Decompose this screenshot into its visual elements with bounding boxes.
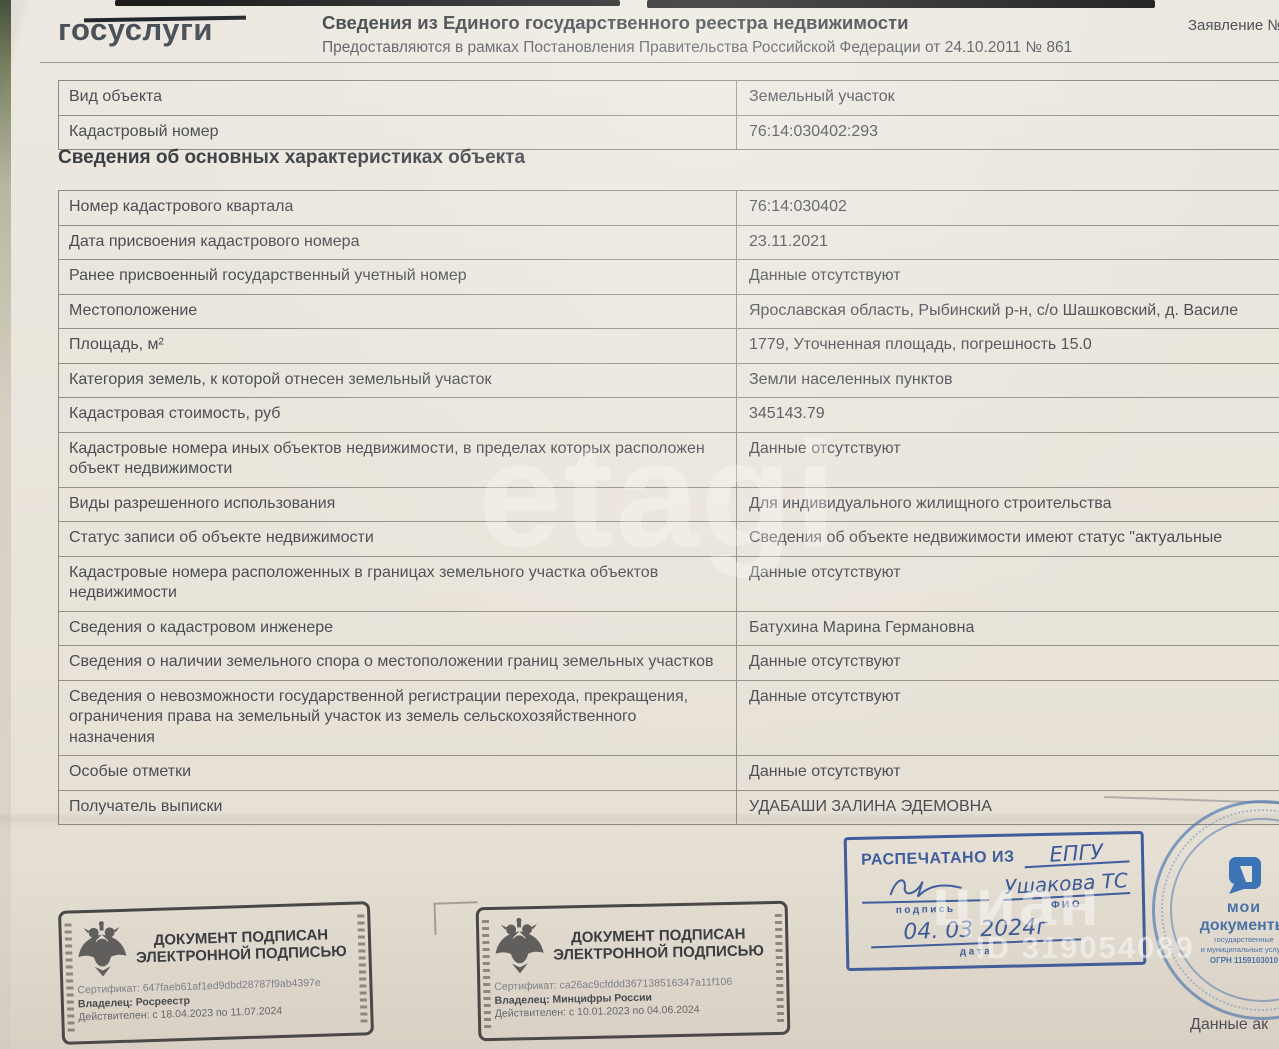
date-handwritten: 04. 03 2024г <box>870 914 1081 948</box>
seal-small1: государственные <box>1200 936 1279 944</box>
row-label: Виды разрешенного использования <box>59 488 736 522</box>
table-row: Кадастровые номера расположенных в грани… <box>59 557 1279 612</box>
table-row: Номер кадастрового квартала 76:14:030402 <box>59 191 1279 226</box>
coat-of-arms-icon <box>73 920 131 982</box>
table-row: Категория земель, к которой отнесен земе… <box>59 364 1279 399</box>
row-value: Для индивидуального жилищного строительс… <box>736 488 1279 522</box>
row-value: Данные отсутствуют <box>736 646 1279 680</box>
row-value: Данные отсутствуют <box>736 557 1279 611</box>
row-value: Земельный участок <box>736 81 1279 115</box>
table-row: Местоположение Ярославская область, Рыби… <box>59 295 1279 330</box>
table-row: Получатель выписки УДАБАШИ ЗАЛИНА ЭДЕМОВ… <box>59 791 1279 825</box>
row-label: Кадастровая стоимость, руб <box>59 398 736 432</box>
row-label: Статус записи об объекте недвижимости <box>59 522 736 556</box>
row-value: Батухина Марина Германовна <box>736 612 1279 646</box>
row-value: 76:14:030402 <box>736 191 1279 225</box>
table-row: Площадь, м² 1779, Уточненная площадь, по… <box>59 329 1279 364</box>
application-number-label: Заявление № <box>1188 17 1279 34</box>
row-value: Сведения об объекте недвижимости имеют с… <box>736 522 1279 556</box>
row-value: Данные отсутствуют <box>736 756 1279 790</box>
seal-line2: документы <box>1200 917 1279 935</box>
electronic-signature-stamp: ДОКУМЕНТ ПОДПИСАН ЭЛЕКТРОННОЙ ПОДПИСЬЮ С… <box>58 901 374 1045</box>
row-label: Получатель выписки <box>59 791 736 825</box>
seal-small2: и муниципальные услуги <box>1200 946 1279 954</box>
table-row: Виды разрешенного использования Для инди… <box>59 488 1279 523</box>
stamp-corner-artifact <box>433 901 478 935</box>
seal-line1: мои <box>1200 899 1279 917</box>
row-label: Кадастровые номера расположенных в грани… <box>59 557 736 611</box>
row-value: 23.11.2021 <box>736 226 1279 260</box>
signature-stamp-title: ДОКУМЕНТ ПОДПИСАН ЭЛЕКТРОННОЙ ПОДПИСЬЮ <box>130 925 353 967</box>
top-edge-bar <box>115 0 620 6</box>
row-label: Сведения о наличии земельного спора о ме… <box>59 646 736 680</box>
row-label: Кадастровые номера иных объектов недвижи… <box>59 433 736 487</box>
object-table: Вид объекта Земельный участок Кадастровы… <box>58 80 1279 150</box>
table-row: Сведения о кадастровом инженере Батухина… <box>59 612 1279 647</box>
table-row: Сведения о наличии земельного спора о ме… <box>59 646 1279 681</box>
electronic-signature-stamp: ДОКУМЕНТ ПОДПИСАН ЭЛЕКТРОННОЙ ПОДПИСЬЮ С… <box>476 901 791 1042</box>
signature-stamp-title: ДОКУМЕНТ ПОДПИСАН ЭЛЕКТРОННОЙ ПОДПИСЬЮ <box>547 925 770 965</box>
row-label: Особые отметки <box>59 756 736 790</box>
signature-handwriting-icon <box>886 874 965 902</box>
row-value: Данные отсутствуют <box>736 260 1279 294</box>
row-label: Сведения о невозможности государственной… <box>59 681 736 756</box>
photo-background-strip <box>0 0 11 1049</box>
row-label: Площадь, м² <box>59 329 736 363</box>
row-label: Местоположение <box>59 295 736 329</box>
document-subtitle: Предоставляются в рамках Постановления П… <box>322 39 1072 57</box>
name-label: ФИО <box>1003 898 1130 912</box>
stamp-source-handwritten: ЕПГУ <box>1024 840 1130 868</box>
my-documents-seal: мои документы государственные и муниципа… <box>1152 800 1279 1020</box>
name-handwritten: Ушакова ТС <box>1002 868 1130 901</box>
header-divider <box>40 62 1279 63</box>
row-label: Дата присвоения кадастрового номера <box>59 226 736 260</box>
row-value: Ярославская область, Рыбинский р-н, с/о … <box>736 295 1279 329</box>
row-label: Номер кадастрового квартала <box>59 191 736 225</box>
section-title: Сведения об основных характеристиках объ… <box>58 147 525 169</box>
row-label: Кадастровый номер <box>59 116 736 150</box>
table-row: Дата присвоения кадастрового номера 23.1… <box>59 226 1279 261</box>
row-label: Вид объекта <box>59 81 736 115</box>
stamp-title: РАСПЕЧАТАНО ИЗ <box>861 849 1015 870</box>
row-value: 1779, Уточненная площадь, погрешность 15… <box>736 329 1279 363</box>
row-label: Сведения о кадастровом инженере <box>59 612 736 646</box>
row-value: Данные отсутствуют <box>736 433 1279 487</box>
top-edge-bar <box>647 0 1155 8</box>
table-row: Кадастровая стоимость, руб 345143.79 <box>59 398 1279 433</box>
printed-from-stamp: РАСПЕЧАТАНО ИЗ ЕПГУ подпись Ушакова ТС Ф… <box>844 831 1147 971</box>
my-documents-logo-icon <box>1224 854 1264 894</box>
signature-label: подпись <box>862 903 989 917</box>
row-value: Земли населенных пунктов <box>736 364 1279 398</box>
table-row: Кадастровый номер 76:14:030402:293 <box>59 116 1279 150</box>
row-value: 76:14:030402:293 <box>736 116 1279 150</box>
table-row: Вид объекта Земельный участок <box>59 81 1279 116</box>
seal-ogrn: ОГРН 1159103010 <box>1200 957 1279 966</box>
row-label: Ранее присвоенный государственный учетны… <box>59 260 736 294</box>
characteristics-table: Номер кадастрового квартала 76:14:030402… <box>58 190 1279 825</box>
table-row: Кадастровые номера иных объектов недвижи… <box>59 433 1279 488</box>
table-row: Статус записи об объекте недвижимости Св… <box>59 522 1279 557</box>
row-value: Данные отсутствуют <box>736 681 1279 756</box>
row-label: Категория земель, к которой отнесен земе… <box>59 364 736 398</box>
coat-of-arms-icon <box>491 917 548 978</box>
row-value: УДАБАШИ ЗАЛИНА ЭДЕМОВНА <box>736 791 1279 825</box>
document-title: Сведения из Единого государственного рее… <box>322 12 909 34</box>
row-value: 345143.79 <box>736 398 1279 432</box>
table-row: Ранее присвоенный государственный учетны… <box>59 260 1279 295</box>
table-row: Особые отметки Данные отсутствуют <box>59 756 1279 791</box>
table-row: Сведения о невозможности государственной… <box>59 681 1279 757</box>
